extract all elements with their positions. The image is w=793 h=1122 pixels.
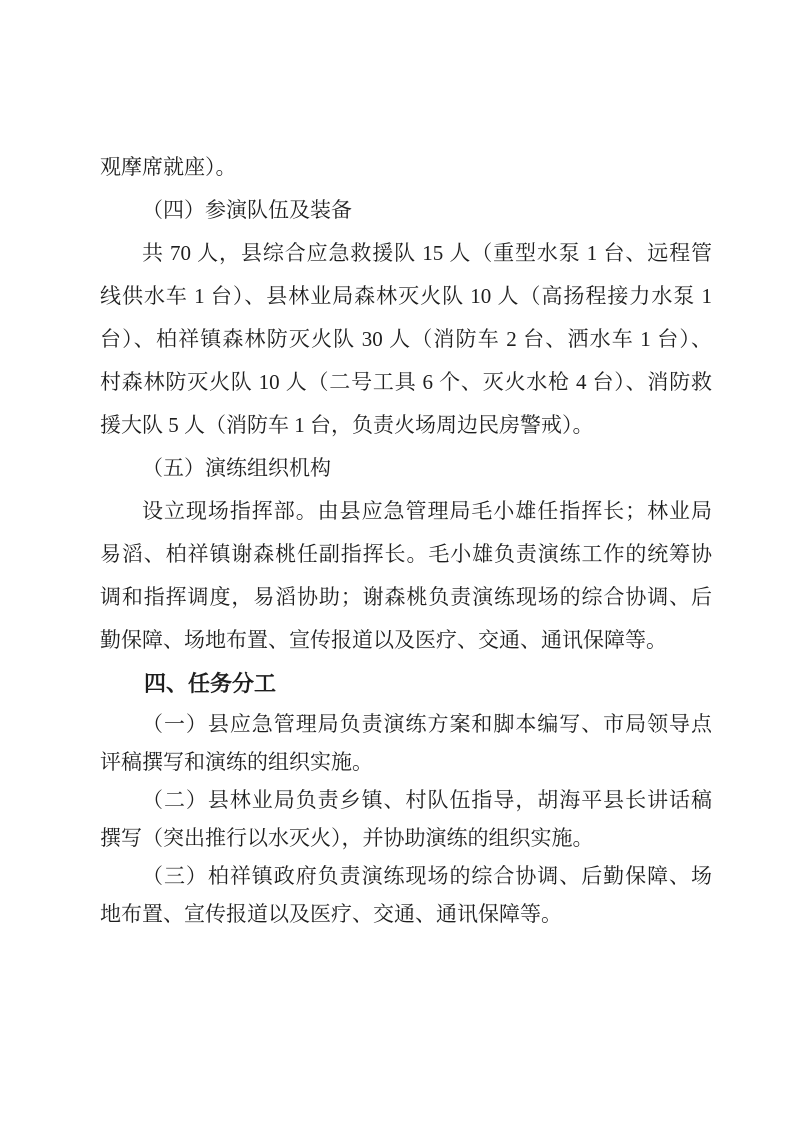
text-line: 援大队 5 人（消防车 1 台，负责火场周边民房警戒）。: [100, 404, 712, 447]
text-line: 线供水车 1 台）、县林业局森林灭火队 10 人（高扬程接力水泵 1: [100, 275, 712, 318]
paragraph-organization: 设立现场指挥部。由县应急管理局毛小雄任指挥长；林业局易滔、柏祥镇谢森桃任副指挥长…: [100, 490, 712, 662]
text-line: 评稿撰写和演练的组织实施。: [100, 743, 712, 781]
text-line: 调和指挥调度，易滔协助；谢森桃负责演练现场的综合协调、后: [100, 576, 712, 619]
text-line: （四）参演队伍及装备: [100, 189, 712, 232]
heading-section-4: 四、任务分工: [100, 662, 712, 705]
document-content: 观摩席就座）。（四）参演队伍及装备共 70 人，县综合应急救援队 15 人（重型…: [100, 146, 712, 933]
paragraph-task-1: （一）县应急管理局负责演练方案和脚本编写、市局领导点评稿撰写和演练的组织实施。: [100, 705, 712, 781]
text-line: 台）、柏祥镇森林防灭火队 30 人（消防车 2 台、洒水车 1 台）、: [100, 318, 712, 361]
text-line: 地布置、宣传报道以及医疗、交通、通讯保障等。: [100, 895, 712, 933]
paragraph-task-3: （三）柏祥镇政府负责演练现场的综合协调、后勤保障、场地布置、宣传报道以及医疗、交…: [100, 857, 712, 933]
text-line: （一）县应急管理局负责演练方案和脚本编写、市局领导点: [100, 705, 712, 743]
text-line: 设立现场指挥部。由县应急管理局毛小雄任指挥长；林业局: [100, 490, 712, 533]
text-line: 勤保障、场地布置、宣传报道以及医疗、交通、通讯保障等。: [100, 619, 712, 662]
text-line: 四、任务分工: [100, 662, 712, 705]
text-line: 共 70 人，县综合应急救援队 15 人（重型水泵 1 台、远程管: [100, 232, 712, 275]
document-page: 观摩席就座）。（四）参演队伍及装备共 70 人，县综合应急救援队 15 人（重型…: [0, 0, 793, 1122]
text-line: 观摩席就座）。: [100, 146, 712, 189]
text-line: （二）县林业局负责乡镇、村队伍指导，胡海平县长讲话稿: [100, 781, 712, 819]
text-line: 村森林防灭火队 10 人（二号工具 6 个、灭火水枪 4 台）、消防救: [100, 361, 712, 404]
text-line: 易滔、柏祥镇谢森桃任副指挥长。毛小雄负责演练工作的统筹协: [100, 533, 712, 576]
subheading-4: （四）参演队伍及装备: [100, 189, 712, 232]
subheading-5: （五）演练组织机构: [100, 447, 712, 490]
paragraph-continuation: 观摩席就座）。: [100, 146, 712, 189]
text-line: （三）柏祥镇政府负责演练现场的综合协调、后勤保障、场: [100, 857, 712, 895]
paragraph-task-2: （二）县林业局负责乡镇、村队伍指导，胡海平县长讲话稿撰写（突出推行以水灭火），并…: [100, 781, 712, 857]
paragraph-teams: 共 70 人，县综合应急救援队 15 人（重型水泵 1 台、远程管线供水车 1 …: [100, 232, 712, 447]
text-line: 撰写（突出推行以水灭火），并协助演练的组织实施。: [100, 819, 712, 857]
text-line: （五）演练组织机构: [100, 447, 712, 490]
